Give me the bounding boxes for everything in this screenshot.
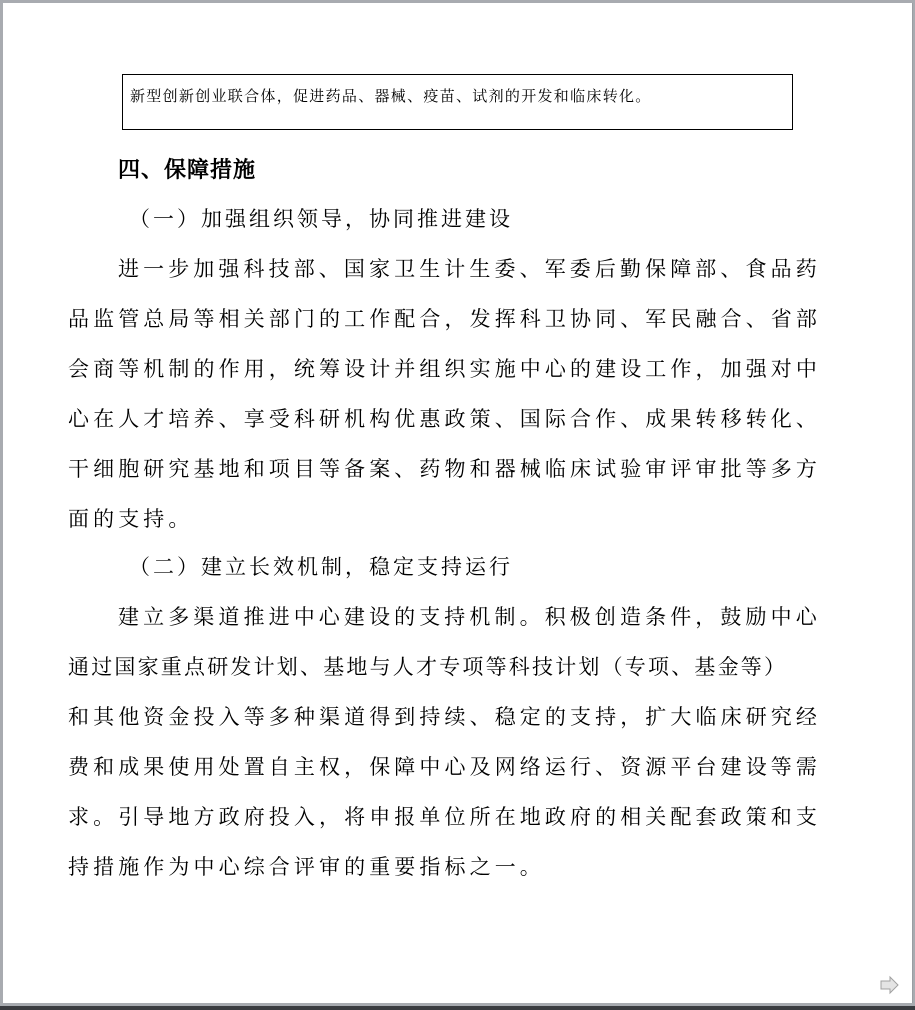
paragraph-line: 会商等机制的作用，统筹设计并组织实施中心的建设工作，加强对中 xyxy=(68,353,821,383)
paragraph-line: 心在人才培养、享受科研机构优惠政策、国际合作、成果转移转化、 xyxy=(68,403,821,433)
paragraph-line: 面的支持。 xyxy=(68,503,194,533)
paragraph-line: 干细胞研究基地和项目等备案、药物和器械临床试验审评审批等多方 xyxy=(68,453,821,483)
paragraph-line: 建立多渠道推进中心建设的支持机制。积极创造条件，鼓励中心 xyxy=(118,601,821,631)
paragraph-line: 进一步加强科技部、国家卫生计生委、军委后勤保障部、食品药 xyxy=(118,253,821,283)
subsection-heading-1: （一）加强组织领导，协同推进建设 xyxy=(129,203,513,233)
document-page: 新型创新创业联合体，促进药品、器械、疫苗、试剂的开发和临床转化。 四、保障措施 … xyxy=(3,3,913,1003)
text-frame-box: 新型创新创业联合体，促进药品、器械、疫苗、试剂的开发和临床转化。 xyxy=(122,74,793,130)
next-page-arrow-icon[interactable] xyxy=(880,975,900,995)
subsection-heading-2: （二）建立长效机制，稳定支持运行 xyxy=(129,551,513,581)
paragraph-line: 和其他资金投入等多种渠道得到持续、稳定的支持，扩大临床研究经 xyxy=(68,701,821,731)
paragraph-line: 求。引导地方政府投入，将申报单位所在地政府的相关配套政策和支 xyxy=(68,801,821,831)
window-bottom-edge xyxy=(0,1006,915,1010)
section-heading: 四、保障措施 xyxy=(118,153,256,184)
frame-box-text: 新型创新创业联合体，促进药品、器械、疫苗、试剂的开发和临床转化。 xyxy=(130,85,652,106)
paragraph-line: 持措施作为中心综合评审的重要指标之一。 xyxy=(68,851,545,881)
paragraph-line: 品监管总局等相关部门的工作配合，发挥科卫协同、军民融合、省部 xyxy=(68,303,821,333)
paragraph-line: 费和成果使用处置自主权，保障中心及网络运行、资源平台建设等需 xyxy=(68,751,821,781)
paragraph-line: 通过国家重点研发计划、基地与人才专项等科技计划（专项、基金等） xyxy=(68,651,787,681)
